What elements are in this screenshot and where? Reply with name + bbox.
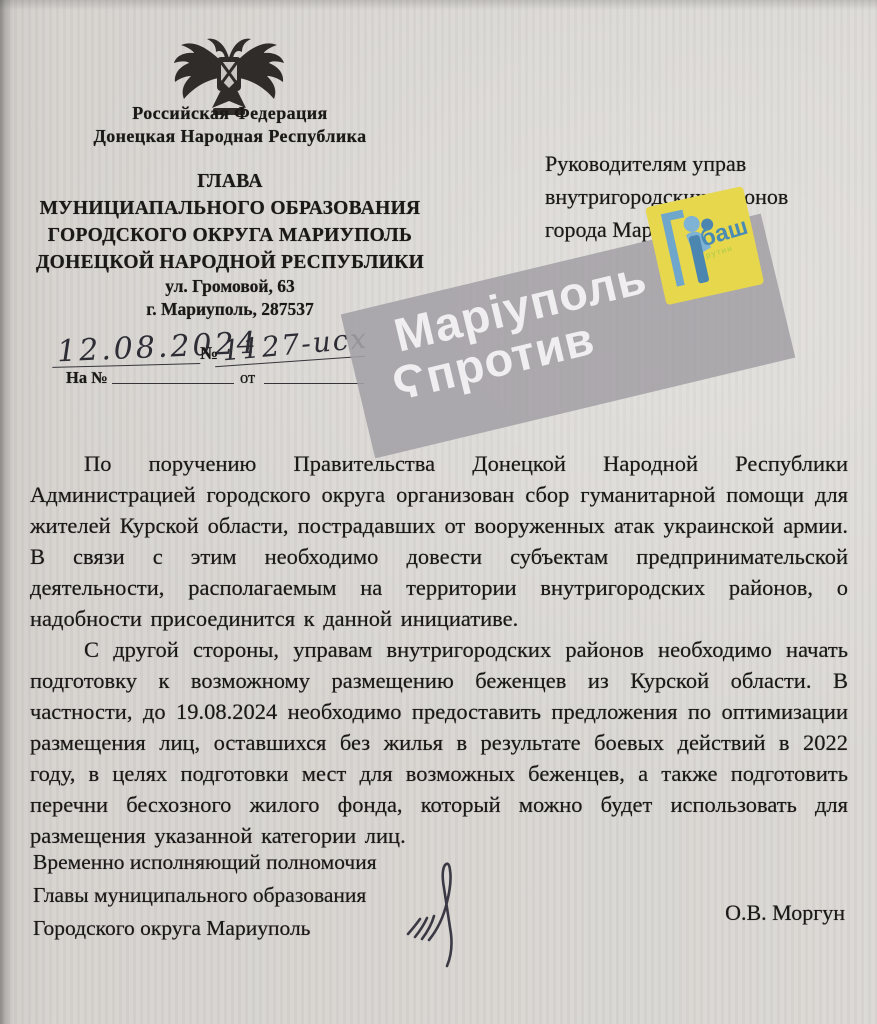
letter-body: По поручению Правительства Донецкой Наро… <box>30 448 848 851</box>
authority-title: ГЛАВА МУНИЦИАПАЛЬНОГО ОБРАЗОВАНИЯ ГОРОДС… <box>10 168 450 276</box>
handwritten-signature <box>402 858 482 970</box>
position-line: Временно исполняющий полномочия <box>33 846 377 879</box>
republic-name: Донецкая Народная Республика <box>10 126 450 147</box>
paragraph: С другой стороны, управам внутригородски… <box>30 634 848 851</box>
title-line: ДОНЕЦКОЙ НАРОДНОЙ РЕСПУБЛИКИ <box>10 249 450 276</box>
title-line: ГЛАВА <box>10 168 450 195</box>
title-line: МУНИЦИАПАЛЬНОГО ОБРАЗОВАНИЯ <box>10 195 450 222</box>
reply-number-blank <box>112 352 234 384</box>
recipient-line: Руководителям управ <box>545 147 855 180</box>
signatory-name: О.В. Моргун <box>725 900 845 926</box>
scanned-letter-page: Российская Федерация Донецкая Народная Р… <box>0 0 877 1024</box>
scan-edge-shadow <box>0 0 14 1024</box>
address-street: ул. Громовой, 63 <box>10 276 450 297</box>
signatory-position: Временно исполняющий полномочия Главы му… <box>33 846 377 945</box>
position-line: Главы муниципального образования <box>33 879 377 912</box>
state-name: Российская Федерация <box>10 103 450 124</box>
reply-to-label: На № <box>66 368 108 388</box>
paragraph: По поручению Правительства Донецкой Наро… <box>30 448 848 634</box>
reply-from-label: от <box>240 368 255 388</box>
scan-edge-shadow-top <box>0 0 877 10</box>
title-line: ГОРОДСКОГО ОКРУГА МАРИУПОЛЬ <box>10 222 450 249</box>
watermark-logo: баш рутин <box>645 186 764 305</box>
position-line: Городского округа Мариуполь <box>33 912 377 945</box>
